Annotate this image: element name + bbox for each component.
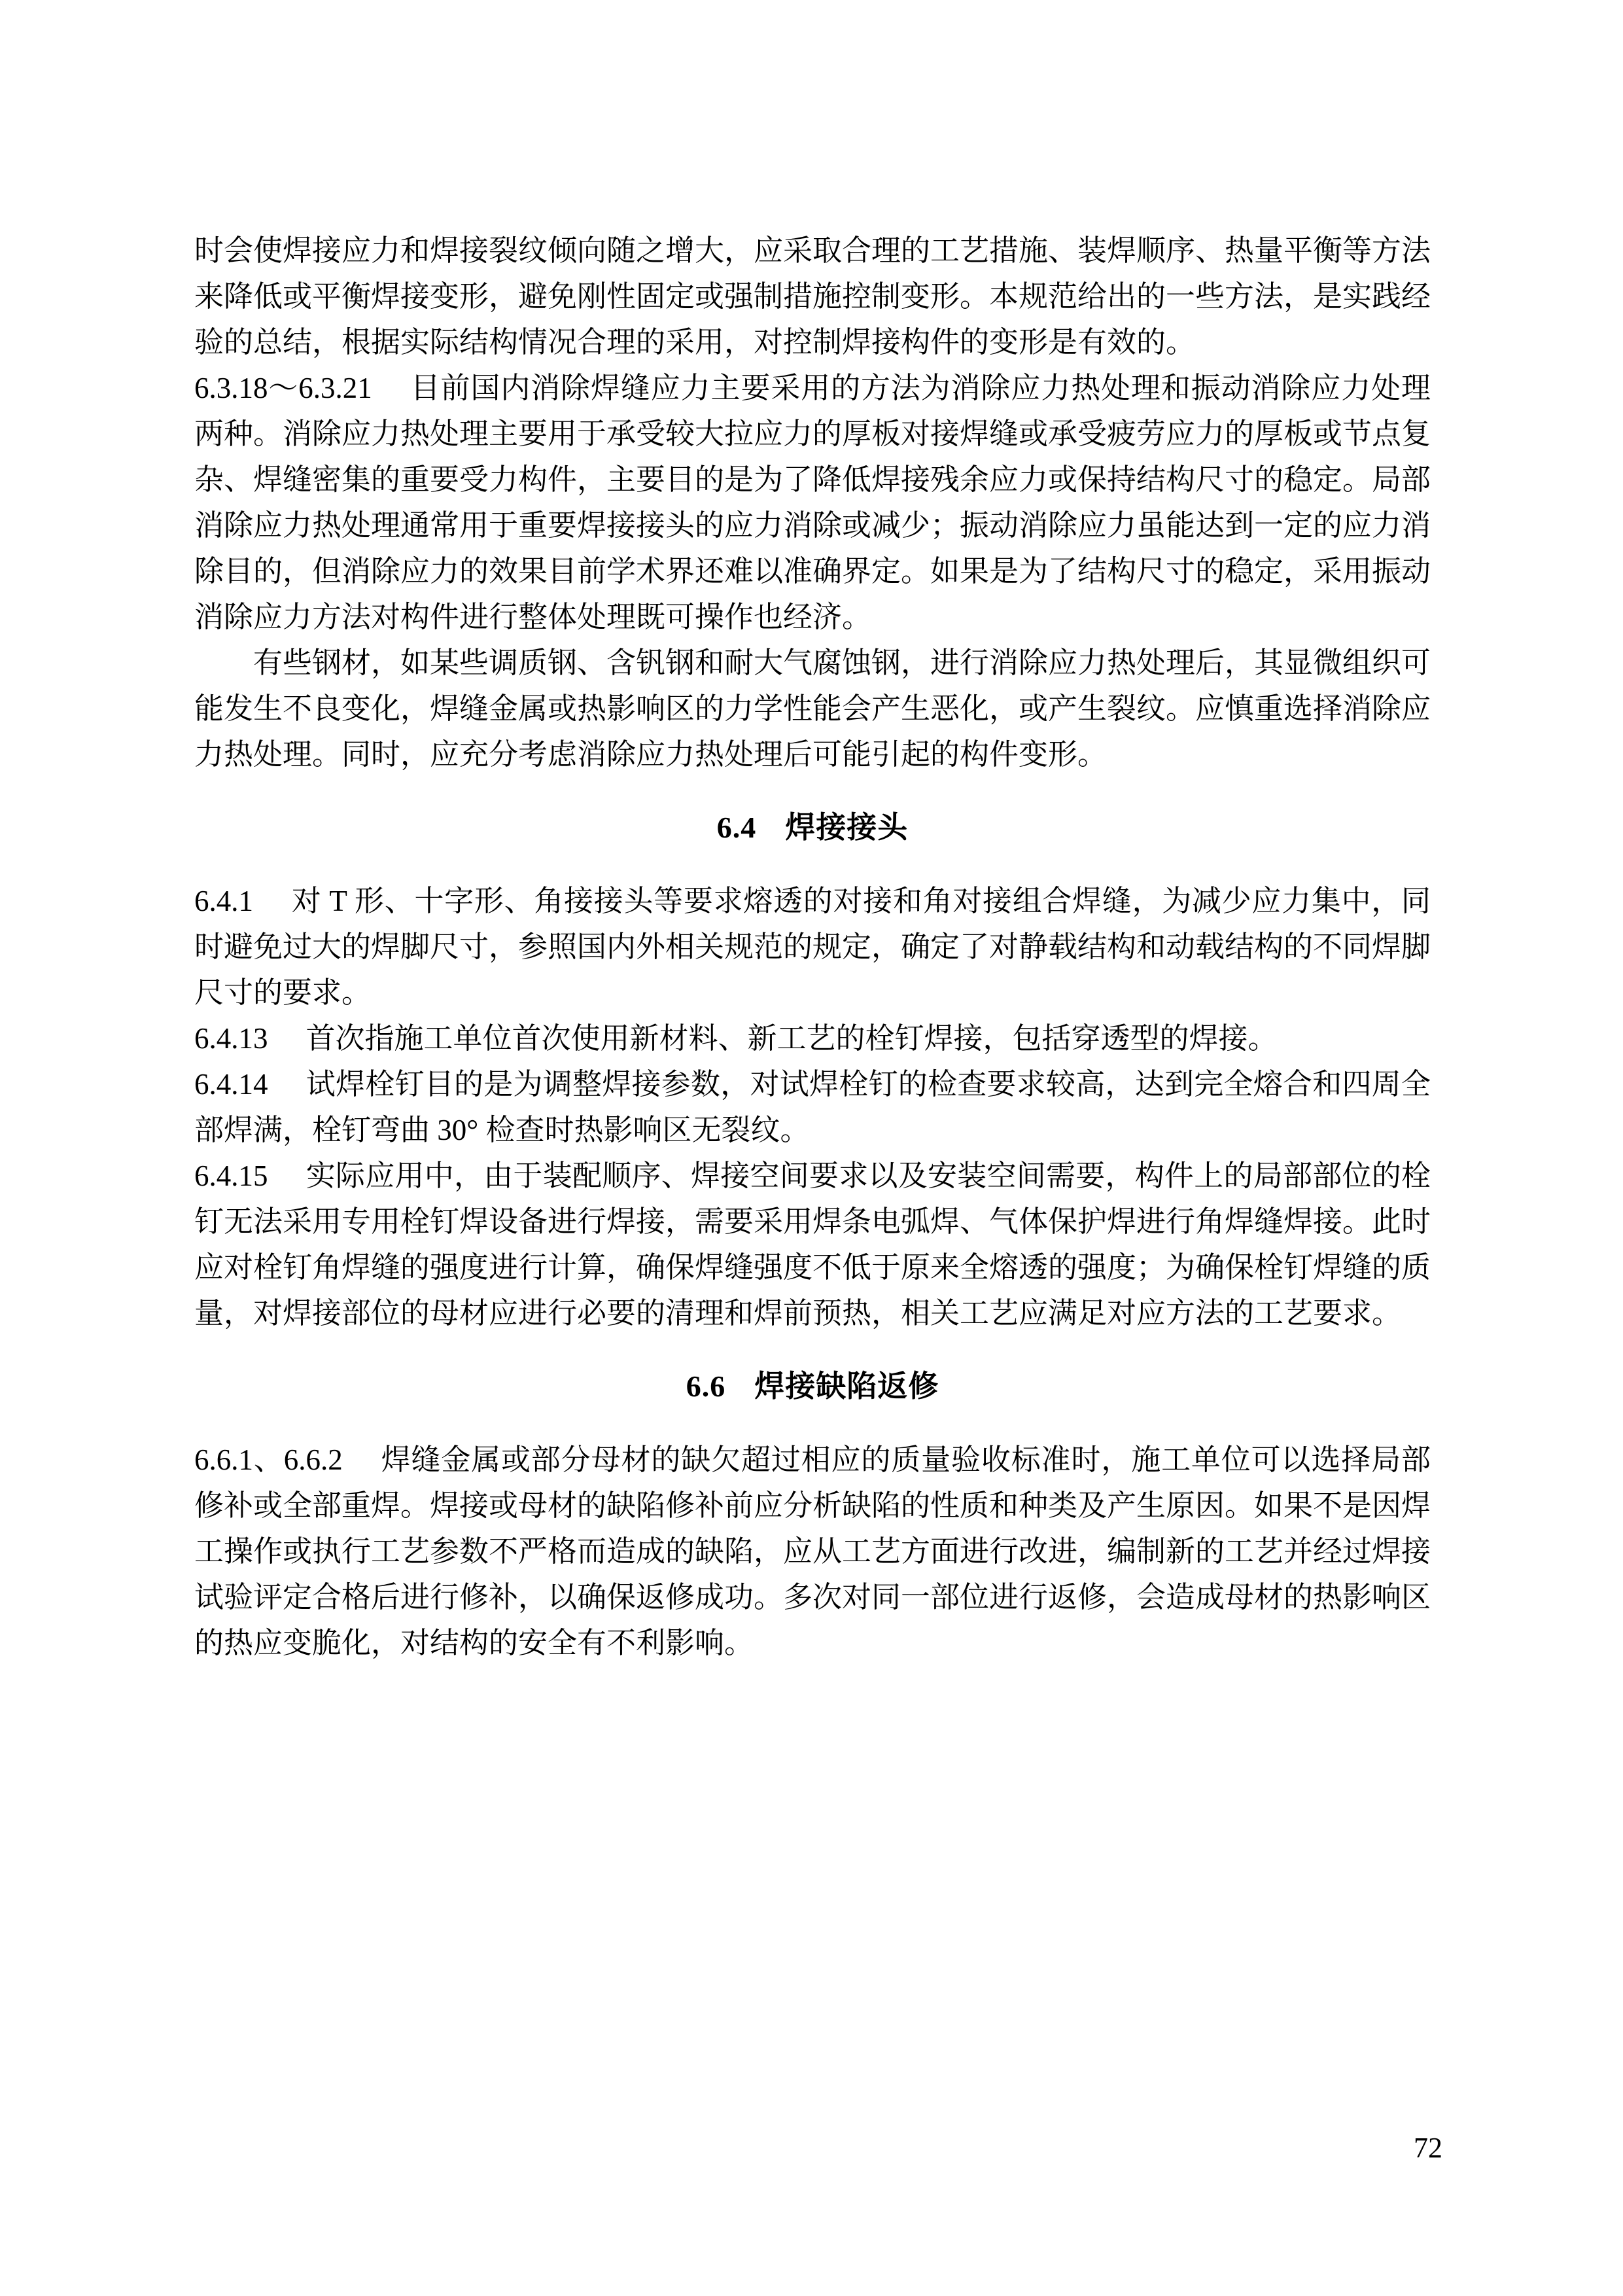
- clause-paragraph-6-4-14: 6.4.14试焊栓钉目的是为调整焊接参数，对试焊栓钉的检查要求较高，达到完全熔合…: [194, 1061, 1431, 1153]
- section-heading-6-4: 6.4焊接接头: [194, 805, 1431, 851]
- paragraph-text: 实际应用中，由于装配顺序、焊接空间要求以及安装空间需要，构件上的局部部位的栓钉无…: [194, 1159, 1431, 1330]
- clause-number: 6.4.15: [194, 1159, 268, 1192]
- clause-paragraph-6-4-15: 6.4.15实际应用中，由于装配顺序、焊接空间要求以及安装空间需要，构件上的局部…: [194, 1153, 1431, 1336]
- document-page: 时会使焊接应力和焊接裂纹倾向随之增大，应采取合理的工艺措施、装焊顺序、热量平衡等…: [0, 0, 1623, 2296]
- clause-number: 6.4.13: [194, 1022, 268, 1055]
- clause-number: 6.4.1: [194, 885, 253, 917]
- clause-paragraph-6-3-18: 6.3.18～6.3.21目前国内消除焊缝应力主要采用的方法为消除应力热处理和振…: [194, 365, 1431, 640]
- paragraph-text: 试焊栓钉目的是为调整焊接参数，对试焊栓钉的检查要求较高，达到完全熔合和四周全部焊…: [194, 1068, 1431, 1146]
- paragraph-text: 时会使焊接应力和焊接裂纹倾向随之增大，应采取合理的工艺措施、装焊顺序、热量平衡等…: [194, 234, 1431, 359]
- section-number: 6.4: [717, 811, 757, 844]
- paragraph-steel-note: 有些钢材，如某些调质钢、含钒钢和耐大气腐蚀钢，进行消除应力热处理后，其显微组织可…: [194, 640, 1431, 777]
- section-title: 焊接缺陷返修: [754, 1369, 939, 1403]
- page-body: 时会使焊接应力和焊接裂纹倾向随之增大，应采取合理的工艺措施、装焊顺序、热量平衡等…: [194, 228, 1431, 1666]
- clause-number: 6.4.14: [194, 1068, 268, 1101]
- clause-number: 6.3.18～6.3.21: [194, 372, 372, 404]
- section-number: 6.6: [686, 1369, 726, 1403]
- paragraph-text: 有些钢材，如某些调质钢、含钒钢和耐大气腐蚀钢，进行消除应力热处理后，其显微组织可…: [194, 646, 1431, 771]
- clause-number: 6.6.1、6.6.2: [194, 1443, 343, 1476]
- paragraph-text: 焊缝金属或部分母材的缺欠超过相应的质量验收标准时，施工单位可以选择局部修补或全部…: [194, 1443, 1431, 1659]
- clause-paragraph-6-4-1: 6.4.1对 T 形、十字形、角接接头等要求熔透的对接和角对接组合焊缝，为减少应…: [194, 878, 1431, 1016]
- clause-paragraph-6-4-13: 6.4.13首次指施工单位首次使用新材料、新工艺的栓钉焊接，包括穿透型的焊接。: [194, 1016, 1431, 1061]
- paragraph-text: 对 T 形、十字形、角接接头等要求熔透的对接和角对接组合焊缝，为减少应力集中，同…: [194, 885, 1431, 1009]
- paragraph-text: 首次指施工单位首次使用新材料、新工艺的栓钉焊接，包括穿透型的焊接。: [306, 1022, 1278, 1055]
- clause-paragraph-6-6-1: 6.6.1、6.6.2焊缝金属或部分母材的缺欠超过相应的质量验收标准时，施工单位…: [194, 1437, 1431, 1666]
- section-title: 焊接接头: [785, 811, 908, 844]
- page-number: 72: [1414, 2125, 1442, 2171]
- paragraph-continuation: 时会使焊接应力和焊接裂纹倾向随之增大，应采取合理的工艺措施、装焊顺序、热量平衡等…: [194, 228, 1431, 365]
- section-heading-6-6: 6.6焊接缺陷返修: [194, 1364, 1431, 1409]
- paragraph-text: 目前国内消除焊缝应力主要采用的方法为消除应力热处理和振动消除应力处理两种。消除应…: [194, 372, 1431, 633]
